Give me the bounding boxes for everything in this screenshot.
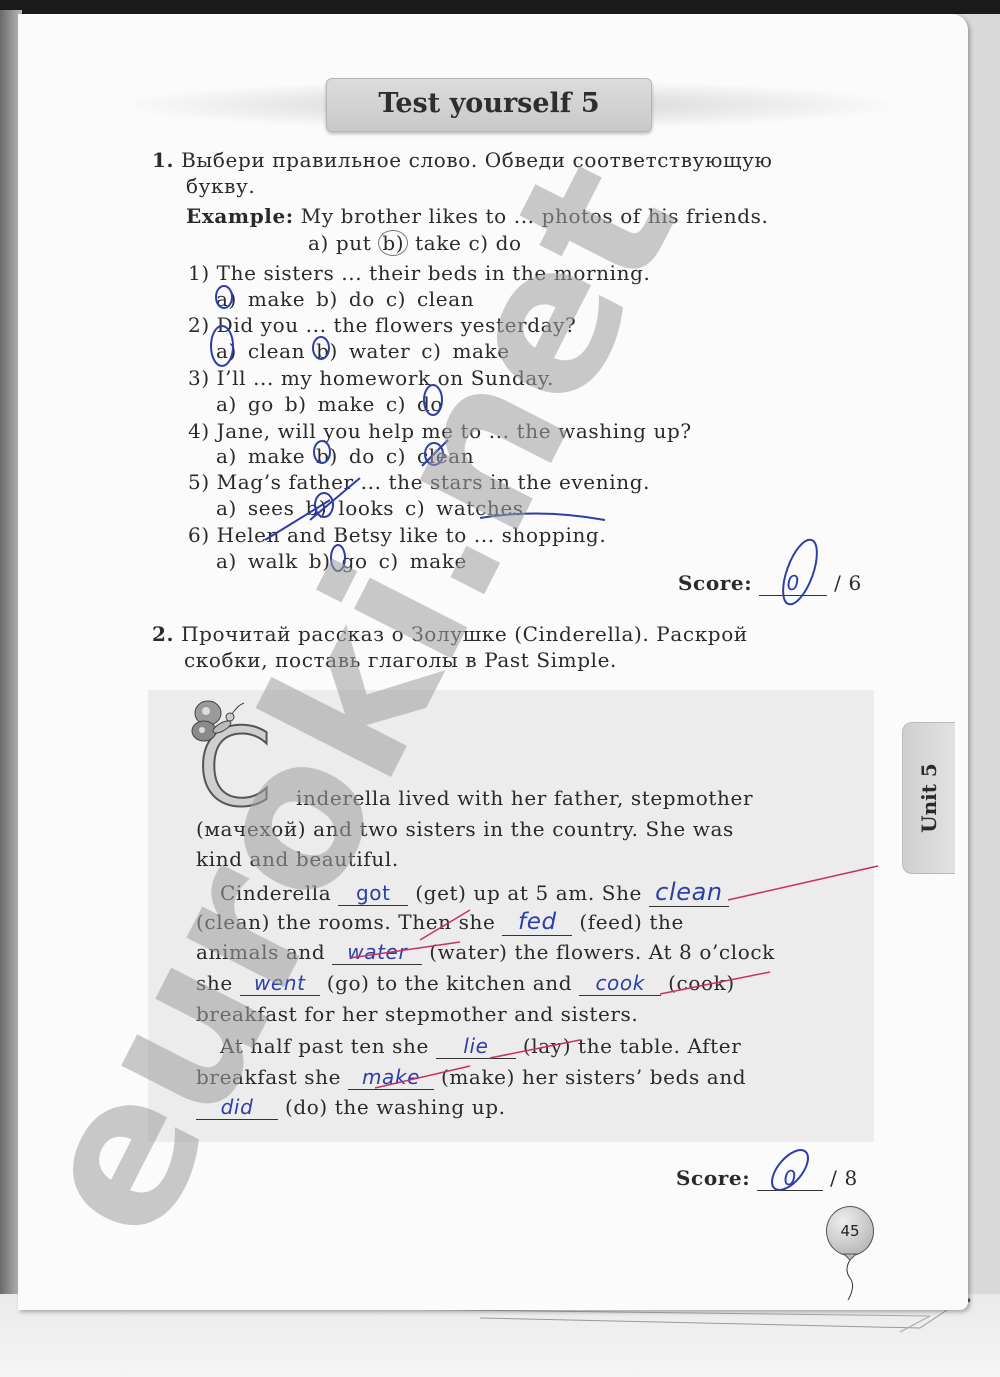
score-2: Score: 0 / 8	[676, 1166, 858, 1191]
unit-side-tab[interactable]: Unit 5	[902, 722, 955, 874]
text: (lay) the table. After	[523, 1034, 742, 1058]
options-6[interactable]: a) walk b) go c) make	[216, 549, 467, 573]
option-b-word: take	[415, 231, 461, 255]
story-line-9: At half past ten she lie (lay) the table…	[220, 1034, 741, 1059]
question-4: 4) Jane, will you help me to ... the was…	[188, 419, 692, 443]
exercise1-instruction-cont: букву.	[186, 174, 255, 198]
options-5[interactable]: a) sees b) looks c) watches	[216, 496, 524, 520]
score-total: / 6	[834, 571, 862, 595]
answer-water[interactable]: water	[332, 940, 422, 965]
question-6: 6) Helen and Betsy like to ... shopping.	[188, 523, 606, 547]
instruction-text: Прочитай рассказ о Золушке (Cinderella).…	[181, 622, 748, 646]
exercise1-instruction: 1. Выбери правильное слово. Обведи соотв…	[152, 148, 773, 172]
score-label: Score:	[676, 1166, 750, 1190]
answer-feed[interactable]: fed	[502, 909, 572, 936]
story-line-1: inderella lived with her father, stepmot…	[296, 786, 753, 810]
example-label: Example:	[186, 204, 294, 228]
options-2[interactable]: a) clean b) water c) make	[216, 339, 510, 363]
text: (water) the flowers. At 8 o’clock	[429, 940, 775, 964]
options-4[interactable]: a) make b) do c) clean	[216, 444, 474, 468]
answer-make[interactable]: make	[348, 1065, 434, 1090]
score-1: Score: 0 / 6	[678, 571, 862, 596]
option-b-circled[interactable]: b)	[378, 230, 408, 256]
answer-cook[interactable]: cook	[579, 971, 661, 996]
butterfly-icon	[188, 697, 248, 747]
text: (cook)	[668, 971, 735, 995]
text: animals and	[196, 940, 325, 964]
answer-clean[interactable]: clean	[649, 878, 729, 907]
text: (do) the washing up.	[285, 1095, 506, 1119]
story-line-10: breakfast she make (make) her sisters’ b…	[196, 1065, 746, 1090]
text: Cinderella	[220, 881, 331, 905]
story-line-11: did (do) the washing up.	[196, 1095, 506, 1120]
exercise2-instruction-cont: скобки, поставь глаголы в Past Simple.	[184, 648, 617, 672]
page-title: Test yourself 5	[378, 88, 599, 119]
story-line-4: Cinderella got (get) up at 5 am. She cle…	[220, 878, 729, 907]
exercise-number: 2.	[152, 622, 174, 646]
exercise-number: 1.	[152, 148, 174, 172]
question-3: 3) I’ll ... my homework on Sunday.	[188, 366, 554, 390]
answer-get[interactable]: got	[338, 881, 408, 906]
answer-go[interactable]: went	[240, 971, 320, 996]
story-line-2: (мачехой) and two sisters in the country…	[196, 817, 734, 841]
text: breakfast she	[196, 1065, 341, 1089]
example-line: Example: My brother likes to ... photos …	[186, 204, 768, 228]
text: (clean) the rooms. Then she	[196, 910, 495, 934]
example-options: a) put b) take c) do	[308, 230, 522, 256]
page-number-balloon: 45	[826, 1206, 874, 1256]
story-line-7: she went (go) to the kitchen and cook (c…	[196, 971, 735, 996]
text: At half past ten she	[220, 1034, 429, 1058]
score-total: / 8	[830, 1166, 858, 1190]
score-label: Score:	[678, 571, 752, 595]
question-2: 2) Did you ... the flowers yesterday?	[188, 313, 576, 337]
title-banner: Test yourself 5	[326, 78, 652, 132]
example-sentence: My brother likes to ... photos of his fr…	[301, 204, 769, 228]
story-line-5: (clean) the rooms. Then she fed (feed) t…	[196, 909, 684, 936]
instruction-text: Выбери правильное слово. Обведи соответс…	[181, 148, 772, 172]
question-5: 5) Mag’s father ... the stars in the eve…	[188, 470, 650, 494]
exercise2-instruction: 2. Прочитай рассказ о Золушке (Cinderell…	[152, 622, 748, 646]
page-number: 45	[840, 1222, 859, 1240]
option-a: a) put	[308, 231, 371, 255]
text: she	[196, 971, 233, 995]
story-line-6: animals and water (water) the flowers. A…	[196, 940, 775, 965]
answer-do[interactable]: did	[196, 1095, 278, 1120]
scan-top-edge	[0, 0, 1000, 14]
answer-lay[interactable]: lie	[436, 1034, 516, 1059]
story-line-8: breakfast for her stepmother and sisters…	[196, 1002, 638, 1026]
score-1-field[interactable]: 0	[759, 571, 827, 596]
text: (make) her sisters’ beds and	[441, 1065, 746, 1089]
story-line-3: kind and beautiful.	[196, 847, 399, 871]
score-2-field[interactable]: 0	[757, 1166, 823, 1191]
options-3[interactable]: a) go b) make c) do	[216, 392, 443, 416]
unit-tab-label: Unit 5	[917, 763, 941, 833]
text: (feed) the	[579, 910, 684, 934]
question-1: 1) The sisters ... their beds in the mor…	[188, 261, 650, 285]
option-c: c) do	[468, 231, 521, 255]
text: (get) up at 5 am. She	[415, 881, 642, 905]
text: (go) to the kitchen and	[327, 971, 572, 995]
options-1[interactable]: a) make b) do c) clean	[216, 287, 474, 311]
